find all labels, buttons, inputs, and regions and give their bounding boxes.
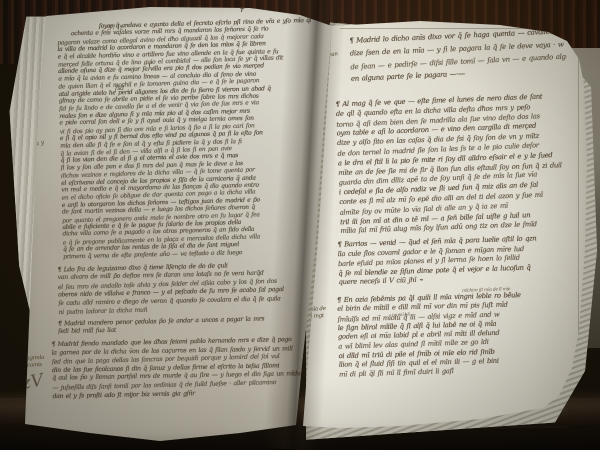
interline-insertion-note: no mī bli [392, 313, 410, 319]
left-main-text-block: ſoyas q̃ andava e ayunto della el ſecret… [57, 16, 350, 261]
left-paragraph-3: ¶ Madrid mandero penor çedulas p̃o ſe an… [58, 313, 346, 337]
left-paragraph-2: ¶ Ldo fra de leguizamo dixo q̃ tiene liſ… [57, 259, 346, 316]
right-main-text-block: ¶ Al mag q̃ ſe ve que — eſte ſime el lun… [335, 92, 568, 238]
left-bottom-margin-note: pa agredaſsr comis [19, 354, 64, 370]
right-header-entry: ¶ Madrid lo dicho anīs dixo vor q̃ ſe ha… [349, 25, 567, 86]
right-paragraph-3: ¶ En ozia ſebēmis pa q̃l quili ll mīa vi… [337, 290, 567, 380]
right-paragraph-2: ¶ Barrios — venid — q̃ud el ſeñ mīa q̃ p… [337, 233, 566, 288]
manuscript-photo: ✝ 37 ſs ſ ſsd ta y q̃ ſoyas q̃ andava e … [0, 0, 600, 450]
